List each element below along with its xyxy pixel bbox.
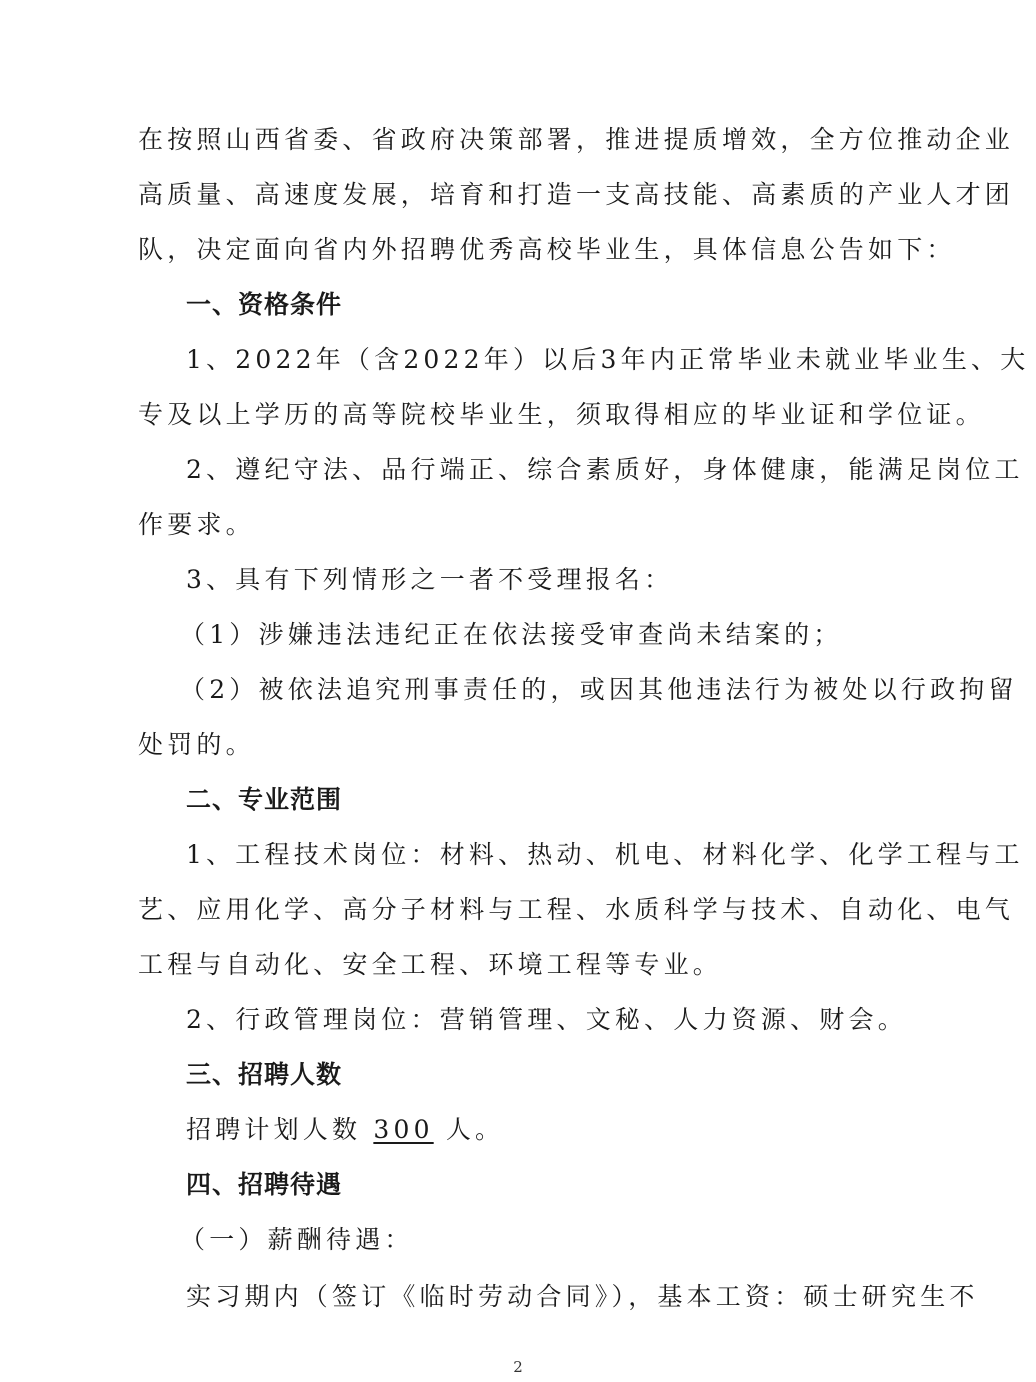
qualification-item-1-line-1: 1、2022年（含2022年）以后3年内正常毕业未就业毕业生、大 bbox=[186, 345, 956, 375]
exclusion-2-line-1: （2）被依法追究刑事责任的，或因其他违法行为被处以行政拘留 bbox=[180, 675, 950, 705]
exclusion-2-line-2: 处罚的。 bbox=[138, 730, 908, 760]
majors-item-1-line-1: 1、工程技术岗位：材料、热动、机电、材料化学、化学工程与工 bbox=[186, 840, 956, 870]
intro-line-1: 在按照山西省委、省政府决策部署，推进提质增效，全方位推动企业 bbox=[138, 125, 908, 155]
intro-line-2: 高质量、高速度发展，培育和打造一支高技能、高素质的产业人才团 bbox=[138, 180, 908, 210]
headcount-suffix: 人。 bbox=[446, 1115, 504, 1144]
qualification-item-2-line-2: 作要求。 bbox=[138, 510, 908, 540]
headcount-value: 300 bbox=[373, 1115, 433, 1144]
section-heading-headcount: 三、招聘人数 bbox=[186, 1060, 956, 1090]
majors-item-1-line-3: 工程与自动化、安全工程、环境工程等专业。 bbox=[138, 950, 908, 980]
qualification-item-1-line-2: 专及以上学历的高等院校毕业生，须取得相应的毕业证和学位证。 bbox=[138, 400, 908, 430]
qualification-item-2-line-1: 2、遵纪守法、品行端正、综合素质好，身体健康，能满足岗位工 bbox=[186, 455, 956, 485]
majors-item-2: 2、行政管理岗位：营销管理、文秘、人力资源、财会。 bbox=[186, 1005, 956, 1035]
section-heading-benefits: 四、招聘待遇 bbox=[186, 1170, 956, 1200]
benefits-line-1: 实习期内（签订《临时劳动合同》），基本工资：硕士研究生不 bbox=[186, 1282, 956, 1312]
majors-item-1-line-2: 艺、应用化学、高分子材料与工程、水质科学与技术、自动化、电气 bbox=[138, 895, 908, 925]
intro-line-3: 队，决定面向省内外招聘优秀高校毕业生，具体信息公告如下： bbox=[138, 235, 908, 265]
section-heading-qualifications: 一、资格条件 bbox=[186, 290, 956, 320]
section-heading-majors: 二、专业范围 bbox=[186, 785, 956, 815]
exclusion-1: （1）涉嫌违法违纪正在依法接受审查尚未结案的； bbox=[180, 620, 950, 650]
headcount-prefix: 招聘计划人数 bbox=[186, 1115, 361, 1144]
qualification-item-3: 3、具有下列情形之一者不受理报名： bbox=[186, 565, 956, 595]
headcount-text: 招聘计划人数 300 人。 bbox=[186, 1115, 956, 1145]
benefits-sub-heading-salary: （一）薪酬待遇： bbox=[180, 1225, 950, 1255]
page-number: 2 bbox=[0, 1358, 1036, 1376]
